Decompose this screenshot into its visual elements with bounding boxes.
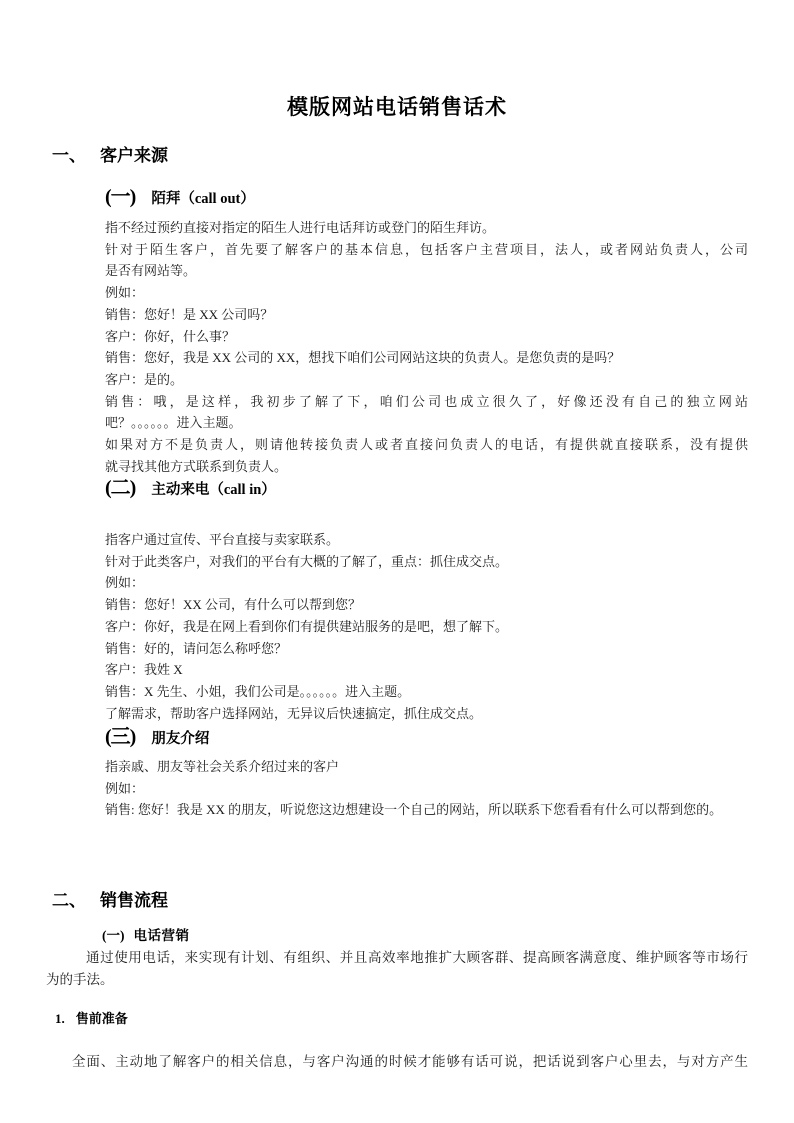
subsection-1-3-title: 朋友介绍 (151, 731, 209, 747)
paragraph-telemarketing: 通过使用电话，来实现有计划、有组织、并且高效率地推扩大顾客群、提高顾客满意度、维… (46, 947, 748, 991)
section-2-heading: 二、销售流程 (52, 890, 168, 912)
section-2-title: 销售流程 (100, 891, 168, 910)
paragraph-line: 指客户通过宣传、平台直接与卖家联系。 (105, 529, 748, 551)
paragraph-line: 通过使用电话，来实现有计划、有组织、并且高效率地推扩大顾客群、提高顾客满意度、维… (46, 947, 748, 969)
item-1-title: 售前准备 (76, 1011, 128, 1026)
subsection-1-1-number: (一) (105, 186, 135, 208)
paragraph-line: 销售：您好！是 XX 公司吗？ (105, 304, 748, 326)
item-1-heading: 1.售前准备 (55, 1010, 128, 1027)
document-page: 模版网站电话销售话术 一、客户来源 (一)陌拜（call out） 指不经过预约… (0, 0, 794, 1123)
paragraph-line: 客户：是的。 (105, 369, 748, 391)
paragraph-line: 了解需求，帮助客户选择网站，无异议后快速搞定，抓住成交点。 (105, 703, 748, 725)
subsection-1-1-title: 陌拜（call out） (151, 191, 255, 207)
paragraph-line: 客户：我姓 X (105, 659, 748, 681)
subsection-1-1-heading: (一)陌拜（call out） (105, 184, 255, 212)
section-1-number: 一、 (52, 145, 100, 167)
subsection-1-3-number: (三) (105, 726, 135, 748)
subsection-1-3-heading: (三)朋友介绍 (105, 724, 209, 752)
paragraph-line: 例如： (105, 572, 748, 594)
paragraph-line: 指亲戚、朋友等社会关系介绍过来的客户 (105, 756, 748, 778)
paragraph-line: 客户：你好，什么事？ (105, 326, 748, 348)
subsection-2-1-number: (一) (102, 928, 125, 943)
paragraph-line: 销售：哦，是这样，我初步了解了下，咱们公司也成立很久了，好像还没有自己的独立网站 (105, 391, 748, 413)
paragraph-line: 针对于陌生客户，首先要了解客户的基本信息，包括客户主营项目，法人，或者网站负责人… (105, 239, 748, 261)
paragraph-line: 销售：X 先生、小姐，我们公司是。。。。。。进入主题。 (105, 681, 748, 703)
paragraph-callout: 指不经过预约直接对指定的陌生人进行电话拜访或登门的陌生拜访。 针对于陌生客户，首… (105, 217, 748, 477)
subsection-1-2-heading: (二)主动来电（call in） (105, 475, 276, 503)
paragraph-line: 销售：您好！XX 公司，有什么可以帮到您？ (105, 594, 748, 616)
paragraph-friend-referral: 指亲戚、朋友等社会关系介绍过来的客户 例如： 销售: 您好！我是 XX 的朋友，… (105, 756, 748, 821)
paragraph-line: 例如： (105, 282, 748, 304)
paragraph-presale-prep: 全面、主动地了解客户的相关信息，与客户沟通的时候才能够有话可说，把话说到客户心里… (46, 1051, 748, 1073)
paragraph-line: 销售：好的，请问怎么称呼您？ (105, 638, 748, 660)
paragraph-line: 销售：您好，我是 XX 公司的 XX，想找下咱们公司网站这块的负责人。是您负责的… (105, 347, 748, 369)
paragraph-line: 如果对方不是负责人，则请他转接负责人或者直接问负责人的电话，有提供就直接联系，没… (105, 434, 748, 456)
subsection-1-2-number: (二) (105, 477, 135, 499)
paragraph-line: 销售: 您好！我是 XX 的朋友，听说您这边想建设一个自己的网站，所以联系下您看… (105, 799, 748, 821)
paragraph-line: 指不经过预约直接对指定的陌生人进行电话拜访或登门的陌生拜访。 (105, 217, 748, 239)
item-1-number: 1. (55, 1011, 65, 1026)
paragraph-callin: 指客户通过宣传、平台直接与卖家联系。 针对于此类客户，对我们的平台有大概的了解了… (105, 529, 748, 724)
paragraph-line: 客户：你好，我是在网上看到你们有提供建站服务的是吧，想了解下。 (105, 616, 748, 638)
subsection-1-2-title: 主动来电（call in） (151, 482, 275, 498)
paragraph-line: 吧？。。。。。。进入主题。 (105, 412, 748, 434)
paragraph-line: 针对于此类客户，对我们的平台有大概的了解了，重点：抓住成交点。 (105, 551, 748, 573)
subsection-2-1-title: 电话营销 (134, 928, 190, 943)
paragraph-line: 例如： (105, 778, 748, 800)
paragraph-line: 是否有网站等。 (105, 260, 748, 282)
section-1-title: 客户来源 (100, 146, 168, 165)
document-title: 模版网站电话销售话术 (0, 91, 794, 121)
section-2-number: 二、 (52, 890, 100, 912)
subsection-2-1-heading: (一)电话营销 (102, 927, 190, 945)
section-1-heading: 一、客户来源 (52, 145, 168, 167)
paragraph-line: 为的手法。 (46, 969, 748, 991)
paragraph-line: 全面、主动地了解客户的相关信息，与客户沟通的时候才能够有话可说，把话说到客户心里… (46, 1051, 748, 1073)
